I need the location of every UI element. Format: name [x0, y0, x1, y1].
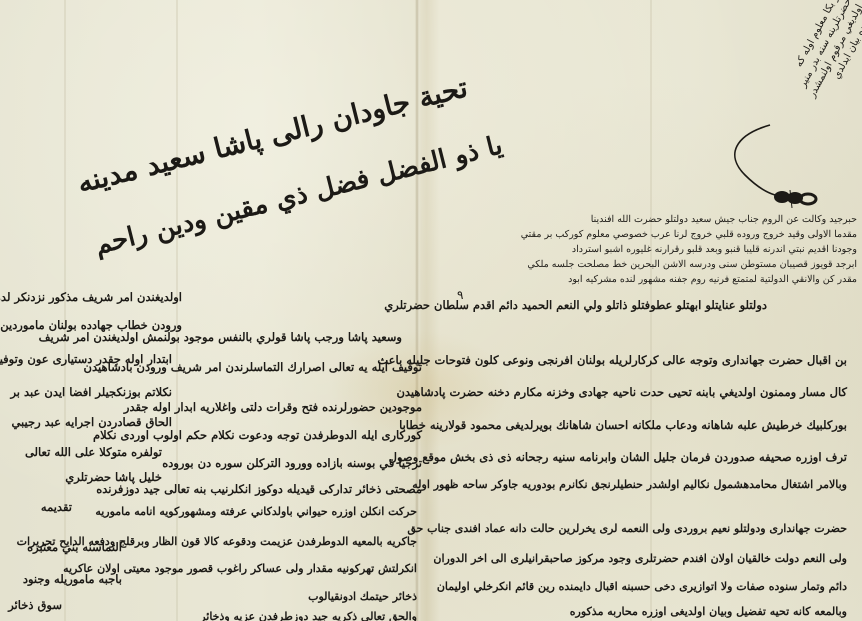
small-script-block: حبرجيد وكالت عن الروم جناب جيش سعيد دولت… [427, 212, 857, 287]
body-line-right: ترجيا قي بوسنه بازاده وورود التركلن سوره… [162, 456, 422, 470]
body-line-left: نكلاتم بوزنكجيلر افضا ايدن عبد بر [10, 385, 172, 399]
body-line-left: تقديمه [41, 500, 72, 514]
small-script-line: مقدر كن والانقي الدولتية لمتمتع فرنيه رو… [427, 272, 857, 287]
body-line-left: ورودن خطاب جهادده بولنان ماموردين [0, 318, 182, 332]
signature-flourish-icon [720, 120, 840, 210]
small-script-line: وجودنا اقديم نبتي اندرنه قليبا قنبو وبعد… [427, 242, 857, 257]
body-line-lower-left: انكرلتش تهركونيه مقدار ولى عساكر راغوب ق… [63, 562, 417, 575]
body-line-right: توقيف ايله يه تعالى اصرارك التماسلرندن ا… [84, 360, 422, 374]
body-line-left: الحاق قصادردن اجرايه عبد رجيبي [11, 415, 172, 429]
body-line-right: بوركلبيك خرطيش علبه شاهانه ودعاب ملكانه … [399, 418, 847, 432]
body-line-lower-right: وبالمعه كانه تحيه تفضيل وبيان اولديغى او… [570, 605, 847, 618]
small-script-line: حبرجيد وكالت عن الروم جناب جيش سعيد دولت… [427, 212, 857, 227]
body-line-lower-right: ولى النعم دولت خالقيان اولان افندم حضرتل… [433, 552, 847, 565]
paper-crease [176, 0, 178, 621]
body-line-lower-left: ذخائر حيتمك ادونقيالوب [308, 590, 417, 603]
body-line-left: تولفره متوكلا على الله تعالى [25, 445, 162, 459]
small-script-line: ابرجد قويوز قصيبان مستوطن سنى ودرسه الاش… [427, 257, 857, 272]
body-line-right: مصحتى ذخائر تداركى قيديله دوكوز انكلرنيب… [96, 482, 422, 496]
body-line-right: كال مسار وممنون اولديغي بابنه تحيى حدت ن… [396, 385, 847, 399]
body-line-right: ترف اوزره صحيفه صدوردن فرمان جليل الشان … [389, 450, 847, 464]
body-line-left: اولديغندن امر شريف مذكور نزدنكر لده [0, 290, 182, 304]
body-line-lower-right: دائم وتمار سنوده صفات ولا اتوازيرى دخى ح… [437, 580, 847, 593]
body-line-left: سوق ذخائر [8, 598, 62, 612]
body-line-right: كوركارى ايله الدوطرفدن توجه ودعوت نكلام … [93, 428, 422, 442]
body-line-lower-left: والحق تعالى ذكريه جيد دوزطرفدن عزيه وذخا… [200, 610, 417, 621]
body-line-lower-left: جاكريه بالمعيه الدوطرفدن عزيمت ودقوعه كا… [17, 535, 417, 548]
body-line-right: بن اقبال حضرت جهاندارى وتوجه عالى كركارل… [377, 353, 847, 367]
small-script-line: مقدما الاولى وقيد خروج وروده قلبي خروج ل… [427, 227, 857, 242]
body-line-lower-right: حضرت جهاندارى ودولتلو نعيم بروردى ولى ال… [407, 522, 847, 535]
body-line-right: موجودين حضورلرنده فتح وقرات دلتى واغلاري… [124, 400, 422, 414]
body-line-right: دولتلو عنايتلو ابهتلو عطوفتلو ذاتلو ولي … [384, 298, 767, 312]
paper-crease [64, 0, 66, 621]
body-line-lower-right: وبالامر اشتغال محامدهشمول نكاليم اولشدر … [412, 478, 847, 491]
body-line-right: وسعيد پاشا ورجب پاشا قولري بالنفس موجود … [39, 330, 402, 344]
body-line-lower-left: حركت انكلن اوزره حيواني باولدكاني عرفته … [95, 505, 417, 518]
